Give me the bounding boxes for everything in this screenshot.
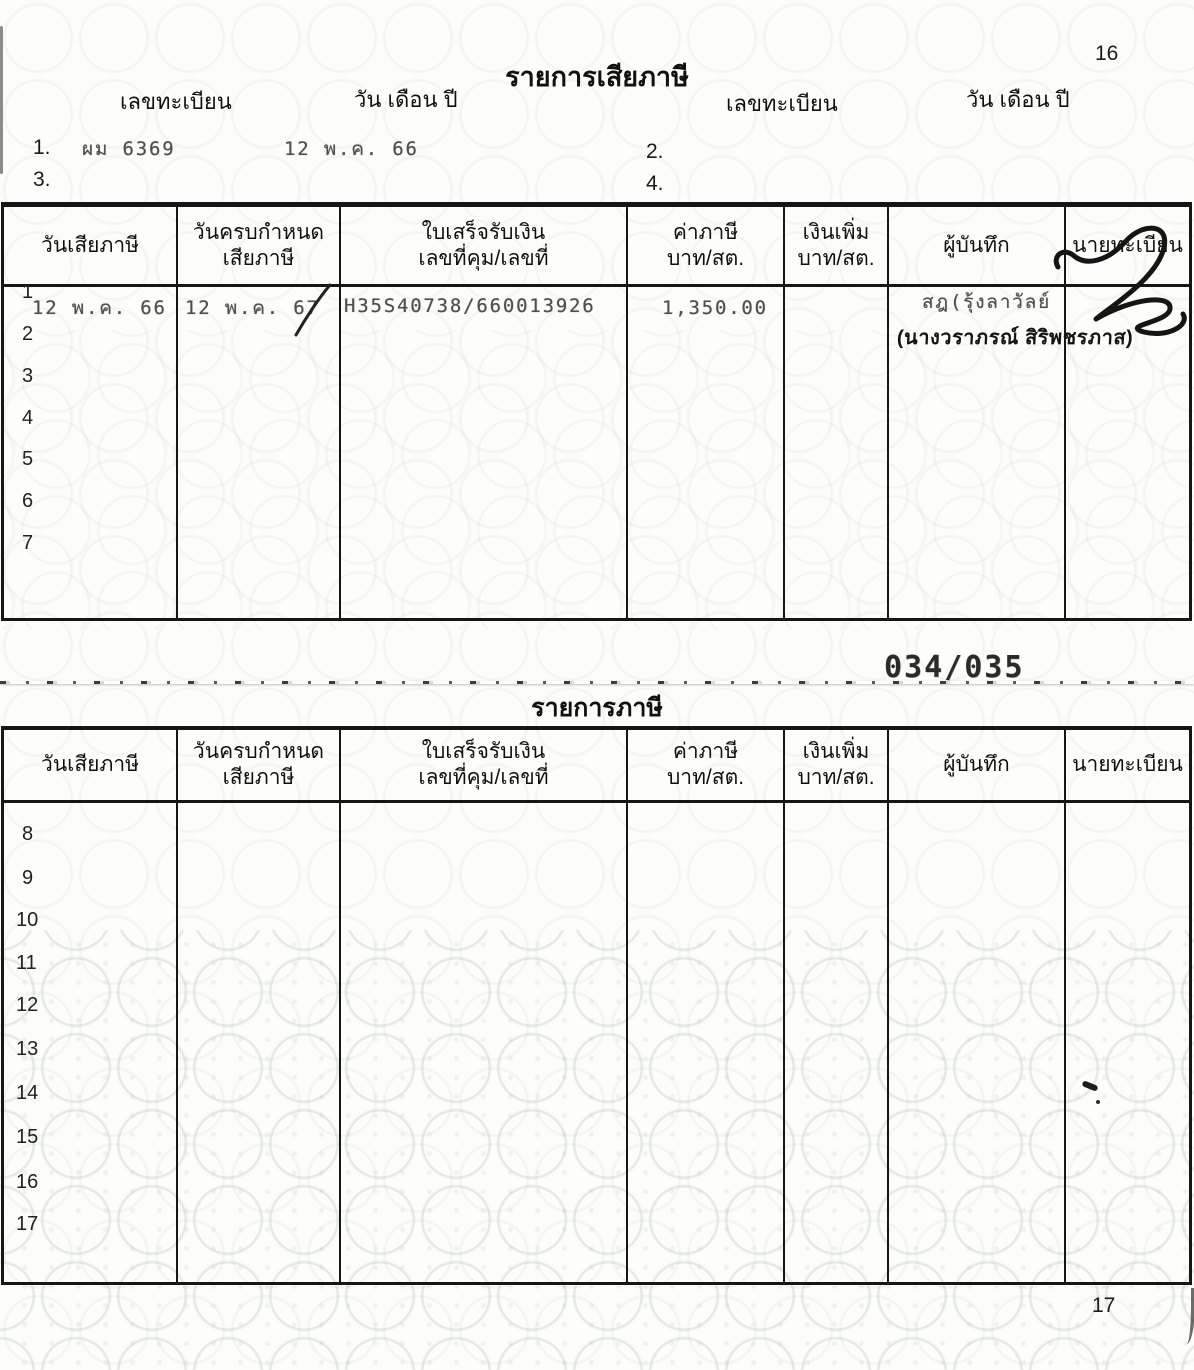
body-col-surcharge xyxy=(785,803,889,1282)
row-number: 2 xyxy=(22,323,33,346)
row-number: 17 xyxy=(16,1213,38,1236)
handwritten-check-mark xyxy=(292,281,336,339)
body-col-receipt xyxy=(341,803,628,1282)
col-header-due-date: วันครบกำหนดเสียภาษี xyxy=(178,207,341,287)
col-header-tax-date: วันเสียภาษี xyxy=(4,207,178,287)
tax-table-1: วันเสียภาษี วันครบกำหนดเสียภาษี ใบเสร็จร… xyxy=(1,202,1192,621)
header-text: ผู้บันทึก xyxy=(943,752,1010,778)
header-text: เลขที่คุม/เลขที่ xyxy=(418,765,548,791)
header-text: วันเสียภาษี xyxy=(41,233,139,259)
header-text: ใบเสร็จรับเงิน xyxy=(422,739,546,765)
col-header-due-date: วันครบกำหนดเสียภาษี xyxy=(178,730,341,803)
header-text: นายทะเบียน xyxy=(1072,752,1183,778)
body-col-registrar xyxy=(1066,803,1189,1282)
row-number: 5 xyxy=(22,448,33,471)
document-number-stamp: 034/035 xyxy=(884,650,1024,685)
row-number: 15 xyxy=(16,1126,38,1149)
body-col-surcharge xyxy=(785,287,889,618)
registrar-signature xyxy=(1050,211,1194,335)
page-number-bottom: 17 xyxy=(1092,1294,1115,1318)
body-col-tax-amount xyxy=(628,803,785,1282)
body-col-receipt xyxy=(341,287,628,618)
scan-edge-artifact xyxy=(1183,1288,1194,1344)
body-col-tax-date: 1 2 3 4 5 6 7 xyxy=(4,287,178,618)
entry-4-number: 4. xyxy=(646,172,664,196)
row-number: 3 xyxy=(22,365,33,388)
col-header-recorder: ผู้บันทึก xyxy=(889,730,1066,803)
label-date-right: วัน เดือน ปี xyxy=(966,82,1070,117)
body-col-tax-date: 8 9 10 11 12 13 14 15 16 17 xyxy=(4,803,178,1282)
header-text: บาท/สต. xyxy=(797,246,874,272)
col-header-tax-amount: ค่าภาษีบาท/สต. xyxy=(628,207,785,287)
row-number: 11 xyxy=(16,952,37,975)
header-text: เลขที่คุม/เลขที่ xyxy=(418,246,548,272)
entry-1-registration: ผม 6369 xyxy=(82,134,175,164)
header-text: ผู้บันทึก xyxy=(943,233,1010,259)
label-registration-left: เลขทะเบียน xyxy=(120,84,232,119)
tax-record-page: 16 รายการเสียภาษี เลขทะเบียน วัน เดือน ป… xyxy=(0,0,1194,1370)
row1-recorder-typed-name: สฎ(รุ้งลาวัลย์ xyxy=(922,287,1051,317)
col-header-recorder: ผู้บันทึก xyxy=(889,207,1066,287)
col-header-receipt: ใบเสร็จรับเงินเลขที่คุม/เลขที่ xyxy=(341,730,628,803)
header-text: ค่าภาษี xyxy=(673,739,738,765)
header-text: บาท/สต. xyxy=(797,765,874,791)
row-number: 8 xyxy=(22,823,33,846)
col-header-surcharge: เงินเพิ่มบาท/สต. xyxy=(785,730,889,803)
section2-title: รายการภาษี xyxy=(0,688,1194,728)
header-text: วันเสียภาษี xyxy=(41,752,139,778)
header-text: บาท/สต. xyxy=(667,246,744,272)
row1-receipt-number: H35S40738/660013926 xyxy=(344,295,596,317)
header-text: บาท/สต. xyxy=(667,765,744,791)
tax-table-2: วันเสียภาษี วันครบกำหนดเสียภาษี ใบเสร็จร… xyxy=(1,726,1192,1285)
header-text: ใบเสร็จรับเงิน xyxy=(422,220,546,246)
header-text: เงินเพิ่ม xyxy=(803,220,870,246)
row-number: 4 xyxy=(22,407,33,430)
entry-1-number: 1. xyxy=(33,136,51,160)
header-text: วันครบกำหนด xyxy=(193,739,324,765)
label-date-left: วัน เดือน ปี xyxy=(354,82,458,117)
col-header-tax-amount: ค่าภาษีบาท/สต. xyxy=(628,730,785,803)
header-text: เสียภาษี xyxy=(223,246,295,272)
row-number: 16 xyxy=(16,1171,38,1194)
row1-tax-date: 12 พ.ค. 66 xyxy=(32,293,167,323)
col-header-receipt: ใบเสร็จรับเงินเลขที่คุม/เลขที่ xyxy=(341,207,628,287)
header-text: วันครบกำหนด xyxy=(193,220,324,246)
row-number: 10 xyxy=(16,909,38,932)
row-number: 14 xyxy=(16,1082,38,1105)
header-text: เงินเพิ่ม xyxy=(803,739,870,765)
row1-tax-amount: 1,350.00 xyxy=(662,297,768,319)
label-registration-right: เลขทะเบียน xyxy=(726,86,838,121)
row-number: 12 xyxy=(16,994,38,1017)
row-number: 7 xyxy=(22,532,33,555)
entry-2-number: 2. xyxy=(646,140,664,164)
body-col-tax-amount xyxy=(628,287,785,618)
row-number: 9 xyxy=(22,867,33,890)
col-header-tax-date: วันเสียภาษี xyxy=(4,730,178,803)
col-header-surcharge: เงินเพิ่มบาท/สต. xyxy=(785,207,889,287)
entry-1-date: 12 พ.ค. 66 xyxy=(284,134,419,164)
body-col-recorder xyxy=(889,803,1066,1282)
col-header-registrar: นายทะเบียน xyxy=(1066,730,1189,803)
row-number: 13 xyxy=(16,1038,38,1061)
scan-edge-artifact xyxy=(0,26,3,174)
body-col-due-date xyxy=(178,803,341,1282)
header-text: ค่าภาษี xyxy=(673,220,738,246)
header-text: เสียภาษี xyxy=(223,765,295,791)
entry-3-number: 3. xyxy=(33,168,51,192)
row-number: 6 xyxy=(22,490,33,513)
